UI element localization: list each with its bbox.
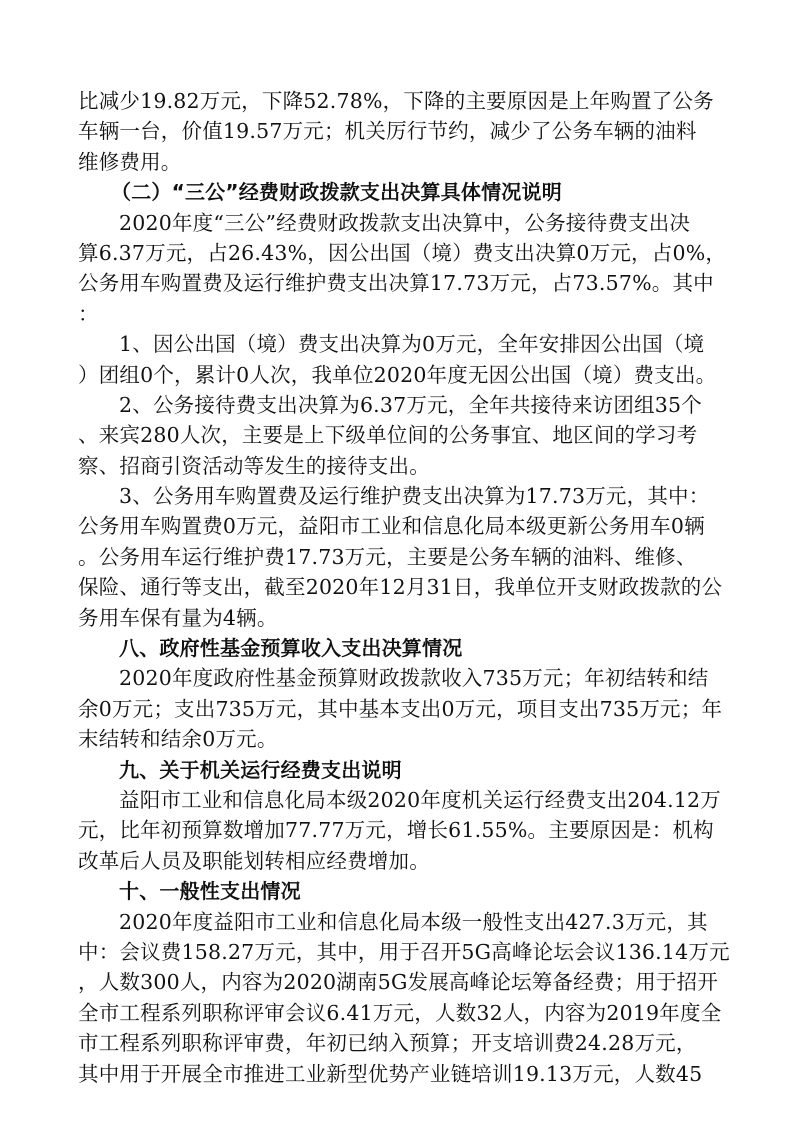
section-heading-general-expense: 十、一般性支出情况 bbox=[78, 876, 718, 906]
paragraph-vehicle-reduction: 比减少19.82万元，下降52.78%，下降的主要原因是上年购置了公务 车辆一台… bbox=[78, 86, 718, 177]
text-line: 维修费用。 bbox=[78, 147, 718, 177]
text-line: 算6.37万元，占26.43%，因公出国（境）费支出决算0万元，占0%， bbox=[78, 238, 718, 268]
text-line: 益阳市工业和信息化局本级2020年度机关运行经费支出204.12万 bbox=[78, 785, 718, 815]
paragraph-reception-expense: 2、公务接待费支出决算为6.37万元，全年共接待来访团组35个 、来宾280人次… bbox=[78, 390, 718, 481]
paragraph-vehicle-expense: 3、公务用车购置费及运行维护费支出决算为17.73万元，其中： 公务用车购置费0… bbox=[78, 481, 718, 633]
text-line: 车辆一台，价值19.57万元；机关厉行节约，减少了公务车辆的油料 bbox=[78, 116, 718, 146]
text-line: 元，比年初预算数增加77.77万元，增长61.55%。主要原因是：机构 bbox=[78, 815, 718, 845]
paragraph-general-expense: 2020年度益阳市工业和信息化局本级一般性支出427.3万元，其 中：会议费15… bbox=[78, 907, 718, 1089]
paragraph-overseas-travel: 1、因公出国（境）费支出决算为0万元，全年安排因公出国（境 ）团组0个，累计0人… bbox=[78, 329, 718, 390]
text-line: 、来宾280人次，主要是上下级单位间的公务事宜、地区间的学习考 bbox=[78, 420, 718, 450]
text-line: 2020年度政府性基金预算财政拨款收入735万元；年初结转和结 bbox=[78, 663, 718, 693]
section-heading-operating-expense: 九、关于机关运行经费支出说明 bbox=[78, 755, 718, 785]
text-line: 其中用于开展全市推进工业新型优势产业链培训19.13万元，人数45 bbox=[78, 1059, 718, 1089]
paragraph-government-fund: 2020年度政府性基金预算财政拨款收入735万元；年初结转和结 余0万元；支出7… bbox=[78, 663, 718, 754]
text-line: ）团组0个，累计0人次，我单位2020年度无因公出国（境）费支出。 bbox=[78, 360, 718, 390]
text-line: 2020年度益阳市工业和信息化局本级一般性支出427.3万元，其 bbox=[78, 907, 718, 937]
text-line: 余0万元；支出735万元，其中基本支出0万元，项目支出735万元；年 bbox=[78, 694, 718, 724]
text-line: 比减少19.82万元，下降52.78%，下降的主要原因是上年购置了公务 bbox=[78, 86, 718, 116]
text-line: 公务用车购置费及运行维护费支出决算17.73万元，占73.57%。其中 bbox=[78, 268, 718, 298]
document-page: 比减少19.82万元，下降52.78%，下降的主要原因是上年购置了公务 车辆一台… bbox=[78, 86, 718, 1089]
section-heading-government-fund: 八、政府性基金预算收入支出决算情况 bbox=[78, 633, 718, 663]
text-line: 中：会议费158.27万元，其中，用于召开5G高峰论坛会议136.14万元 bbox=[78, 937, 718, 967]
text-line: 改革后人员及职能划转相应经费增加。 bbox=[78, 846, 718, 876]
paragraph-three-public-summary: 2020年度“三公”经费财政拨款支出决算中，公务接待费支出决 算6.37万元，占… bbox=[78, 208, 718, 330]
text-line: 保险、通行等支出，截至2020年12月31日，我单位开支财政拨款的公 bbox=[78, 572, 718, 602]
text-line: 末结转和结余0万元。 bbox=[78, 724, 718, 754]
text-line: ： bbox=[78, 299, 718, 329]
text-line: 。公务用车运行维护费17.73万元，主要是公务车辆的油料、维修、 bbox=[78, 542, 718, 572]
text-line: 3、公务用车购置费及运行维护费支出决算为17.73万元，其中： bbox=[78, 481, 718, 511]
text-line: ，人数300人，内容为2020湖南5G发展高峰论坛筹备经费；用于招开 bbox=[78, 967, 718, 997]
section-heading-three-public-details: （二）“三公”经费财政拨款支出决算具体情况说明 bbox=[78, 177, 718, 207]
text-line: 2、公务接待费支出决算为6.37万元，全年共接待来访团组35个 bbox=[78, 390, 718, 420]
text-line: 市工程系列职称评审费，年初已纳入预算；开支培训费24.28万元， bbox=[78, 1028, 718, 1058]
text-line: 1、因公出国（境）费支出决算为0万元，全年安排因公出国（境 bbox=[78, 329, 718, 359]
text-line: 务用车保有量为4辆。 bbox=[78, 603, 718, 633]
text-line: 全市工程系列职称评审会议6.41万元，人数32人，内容为2019年度全 bbox=[78, 998, 718, 1028]
text-line: 2020年度“三公”经费财政拨款支出决算中，公务接待费支出决 bbox=[78, 208, 718, 238]
text-line: 察、招商引资活动等发生的接待支出。 bbox=[78, 451, 718, 481]
paragraph-operating-expense: 益阳市工业和信息化局本级2020年度机关运行经费支出204.12万 元，比年初预… bbox=[78, 785, 718, 876]
text-line: 公务用车购置费0万元，益阳市工业和信息化局本级更新公务用车0辆 bbox=[78, 511, 718, 541]
